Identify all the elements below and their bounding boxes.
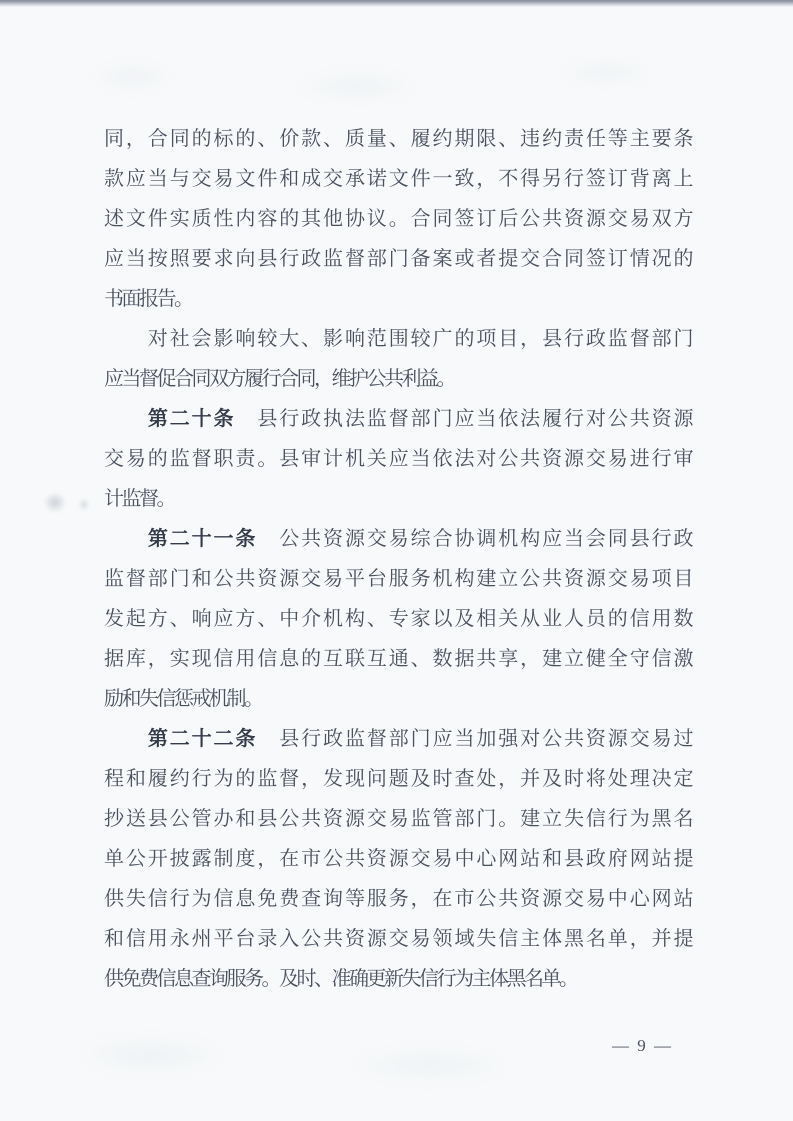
text-line: 述文件实质性内容的其他协议。合同签订后公共资源交易双方 [104,199,691,239]
article-number: 第二十条 [148,408,236,430]
text-line: 抄送县公管办和县公共资源交易监管部门。建立失信行为黑名 [104,799,691,839]
text-line: 计监督。 [104,479,691,519]
text-line: 对社会影响较大、影响范围较广的项目，县行政监督部门 [104,319,691,359]
text-line: 应当按照要求向县行政监督部门备案或者提交合同签订情况的 [104,239,691,279]
text-line: 交易的监督职责。县审计机关应当依法对公共资源交易进行审 [104,439,691,479]
text-line: 第二十一条 公共资源交易综合协调机构应当会同县行政 [104,519,691,559]
document-text: 同，合同的标的、价款、质量、履约期限、违约责任等主要条款应当与交易文件和成交承诺… [104,119,691,999]
text-line: 供失信行为信息免费查询等服务，在市公共资源交易中心网站 [104,879,691,919]
text-line: 励和失信惩戒机制。 [104,679,691,719]
text-line: 同，合同的标的、价款、质量、履约期限、违约责任等主要条 [104,119,691,159]
scanned-document-page: 同，合同的标的、价款、质量、履约期限、违约责任等主要条款应当与交易文件和成交承诺… [0,0,793,1121]
text-line: 书面报告。 [104,279,691,319]
text-line: 应当督促合同双方履行合同，维护公共利益。 [104,359,691,399]
text-line: 据库，实现信用信息的互联互通、数据共享，建立健全守信激 [104,639,691,679]
text-line: 供免费信息查询服务。及时、准确更新失信行为主体黑名单。 [104,959,691,999]
scan-edge-artifact [0,0,793,7]
text-line: 发起方、响应方、中介机构、专家以及相关从业人员的信用数 [104,599,691,639]
bleed-through-artifact [10,1005,710,1105]
text-line: 单公开披露制度，在市公共资源交易中心网站和县政府网站提 [104,839,691,879]
text-line: 程和履约行为的监督，发现问题及时查处，并及时将处理决定 [104,759,691,799]
bleed-through-artifact [20,20,770,115]
text-line: 款应当与交易文件和成交承诺文件一致，不得另行签订背离上 [104,159,691,199]
text-line: 第二十二条 县行政监督部门应当加强对公共资源交易过 [104,719,691,759]
text-line: 第二十条 县行政执法监督部门应当依法履行对公共资源 [104,399,691,439]
smudge-mark [40,489,70,516]
page-number: — 9 — [612,1036,702,1056]
article-number: 第二十一条 [148,528,258,550]
article-number: 第二十二条 [148,728,258,750]
text-line: 监督部门和公共资源交易平台服务机构建立公共资源交易项目 [104,559,691,599]
text-line: 和信用永州平台录入公共资源交易领域失信主体黑名单，并提 [104,919,691,959]
smudge-mark [77,496,91,513]
